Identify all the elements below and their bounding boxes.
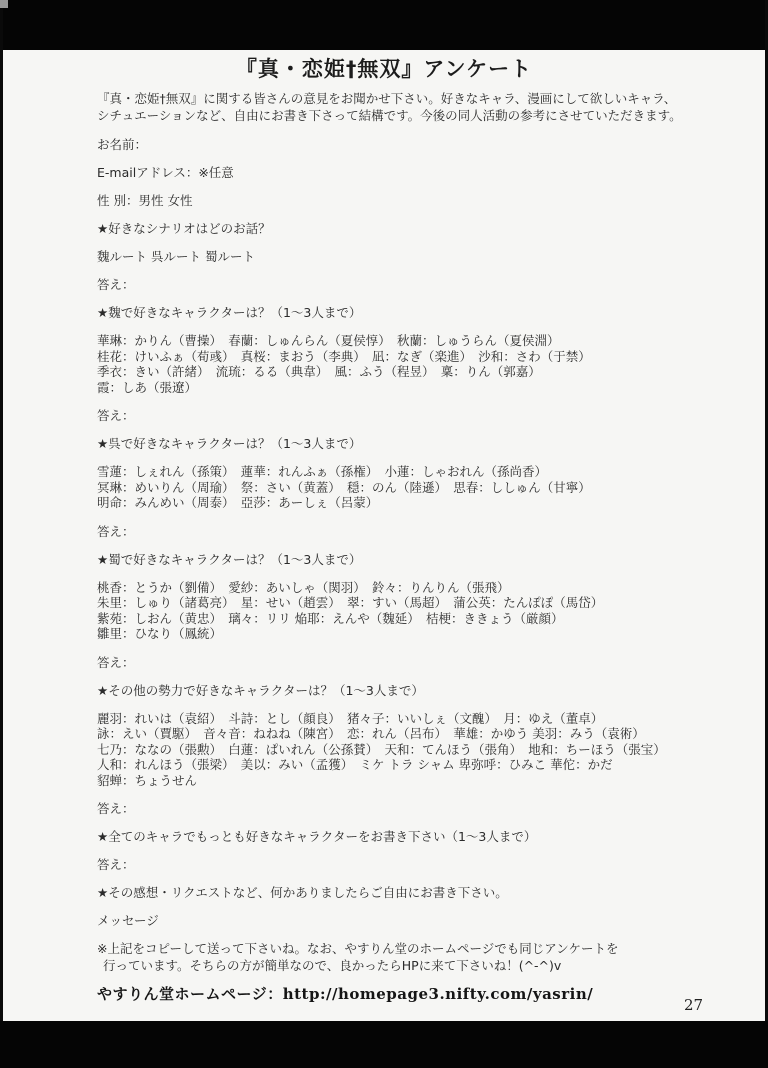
others-answer-label: 答え： — [97, 801, 707, 816]
shoku-answer-label: 答え： — [97, 655, 707, 670]
section-gi-heading: ★魏で好きなキャラクターは？（1～3人まで） — [97, 305, 707, 320]
name-field-label: お名前： — [97, 137, 707, 152]
gender-field-label: 性 別：男性 女性 — [97, 193, 707, 208]
footer-note-line-2: 行っています。そちらの方が簡単なので、良かったらHPに来て下さいね！(^-^)v — [97, 958, 707, 975]
page-number: 27 — [684, 996, 703, 1014]
others-character-list: 麗羽：れいは（袁紹） 斗詩：とし（顔良） 猪々子：いいしぇ（文醜） 月：ゆえ（董… — [97, 711, 707, 789]
others-line-1: 麗羽：れいは（袁紹） 斗詩：とし（顔良） 猪々子：いいしぇ（文醜） 月：ゆえ（董… — [97, 711, 707, 727]
shoku-line-3: 紫苑：しおん（黄忠） 璃々：リリ 焔耶：えんや（魏延） 桔梗：ききょう（厳顔） — [97, 611, 707, 627]
go-line-3: 明命：みんめい（周泰） 亞莎：あーしぇ（呂蒙） — [97, 495, 707, 511]
section-shoku-heading: ★蜀で好きなキャラクターは？（1～3人まで） — [97, 552, 707, 567]
gi-answer-label: 答え： — [97, 408, 707, 423]
section-feedback-heading: ★その感想・リクエストなど、何かありましたらご自由にお書き下さい。 — [97, 885, 707, 900]
scan-border-left — [0, 0, 3, 1068]
shoku-line-4: 雛里：ひなり（鳳統） — [97, 626, 707, 642]
section-others-heading: ★その他の勢力で好きなキャラクターは？（1～3人まで） — [97, 683, 707, 698]
questionnaire-page: 『真・恋姫†無双』アンケート 『真・恋姫†無双』に関する皆さんの意見をお聞かせ下… — [3, 50, 765, 1021]
footer-note-line-1: ※上記をコピーして送って下さいね。なお、やすりん堂のホームページでも同じアンケー… — [97, 941, 618, 956]
intro-line-1: 『真・恋姫†無双』に関する皆さんの意見をお聞かせ下さい。好きなキャラ、漫画にして… — [97, 91, 676, 106]
scan-corner-artifact — [0, 0, 8, 8]
others-line-3: 七乃：ななの（張勲） 白蓮：ぱいれん（公孫賛） 天和：てんほう（張角） 地和：ち… — [97, 742, 707, 758]
go-character-list: 雪蓮：しぇれん（孫策） 蓮華：れんふぁ（孫権） 小蓮：しゃおれん（孫尚香） 冥琳… — [97, 464, 707, 511]
gi-line-1: 華琳：かりん（曹操） 春蘭：しゅんらん（夏侯惇） 秋蘭：しゅうらん（夏侯淵） — [97, 333, 707, 349]
others-line-5: 貂蝉：ちょうせん — [97, 773, 707, 789]
go-line-1: 雪蓮：しぇれん（孫策） 蓮華：れんふぁ（孫権） 小蓮：しゃおれん（孫尚香） — [97, 464, 707, 480]
section-go-heading: ★呉で好きなキャラクターは？（1～3人まで） — [97, 436, 707, 451]
gi-line-3: 季衣：きい（許緒） 流琉：るる（典韋） 風：ふう（程昱） 稟：りん（郭嘉） — [97, 364, 707, 380]
go-answer-label: 答え： — [97, 524, 707, 539]
gi-line-2: 桂花：けいふぁ（荀彧） 真桜：まおう（李典） 凪：なぎ（楽進） 沙和：さわ（于禁… — [97, 349, 707, 365]
homepage-url: http://homepage3.nifty.com/yasrin/ — [283, 985, 594, 1003]
message-label: メッセージ — [97, 913, 707, 928]
gi-line-4: 霞：しあ（張遼） — [97, 380, 707, 396]
scenario-answer-label: 答え： — [97, 277, 707, 292]
shoku-line-2: 朱里：しゅり（諸葛亮） 星：せい（趙雲） 翠：すい（馬超） 蒲公英：たんぽぽ（馬… — [97, 595, 707, 611]
gi-character-list: 華琳：かりん（曹操） 春蘭：しゅんらん（夏侯惇） 秋蘭：しゅうらん（夏侯淵） 桂… — [97, 333, 707, 395]
others-line-4: 人和：れんほう（張梁） 美以：みい（孟獲） ミケ トラ シャム 卑弥呼：ひみこ … — [97, 757, 707, 773]
section-favorite-heading: ★全てのキャラでもっとも好きなキャラクターをお書き下さい（1～3人まで） — [97, 829, 707, 844]
intro-line-2: シチュエーションなど、自由にお書き下さって結構です。今後の同人活動の参考にさせて… — [97, 108, 682, 123]
shoku-character-list: 桃香：とうか（劉備） 愛紗：あいしゃ（関羽） 鈴々：りんりん（張飛） 朱里：しゅ… — [97, 580, 707, 642]
homepage-line: やすりん堂ホームページ：http://homepage3.nifty.com/y… — [97, 987, 707, 1002]
section-scenario-heading: ★好きなシナリオはどのお話？ — [97, 221, 707, 236]
scenario-options: 魏ルート 呉ルート 蜀ルート — [97, 249, 707, 264]
favorite-answer-label: 答え： — [97, 857, 707, 872]
email-field-label: E-mailアドレス：※任意 — [97, 165, 707, 180]
scan-border-top — [0, 0, 768, 50]
go-line-2: 冥琳：めいりん（周瑜） 祭：さい（黄蓋） 穏：のん（陸遜） 思春：ししゅん（甘寧… — [97, 480, 707, 496]
scan-border-bottom — [0, 1021, 768, 1068]
shoku-line-1: 桃香：とうか（劉備） 愛紗：あいしゃ（関羽） 鈴々：りんりん（張飛） — [97, 580, 707, 596]
page-title: 『真・恋姫†無双』アンケート — [79, 62, 689, 77]
homepage-label: やすりん堂ホームページ： — [97, 985, 283, 1003]
others-line-2: 詠：えい（賈駆） 音々音：ねねね（陳宮） 恋：れん（呂布） 華雄：かゆう 美羽：… — [97, 726, 707, 742]
footer-note: ※上記をコピーして送って下さいね。なお、やすりん堂のホームページでも同じアンケー… — [97, 941, 707, 974]
intro-text: 『真・恋姫†無双』に関する皆さんの意見をお聞かせ下さい。好きなキャラ、漫画にして… — [97, 90, 707, 124]
